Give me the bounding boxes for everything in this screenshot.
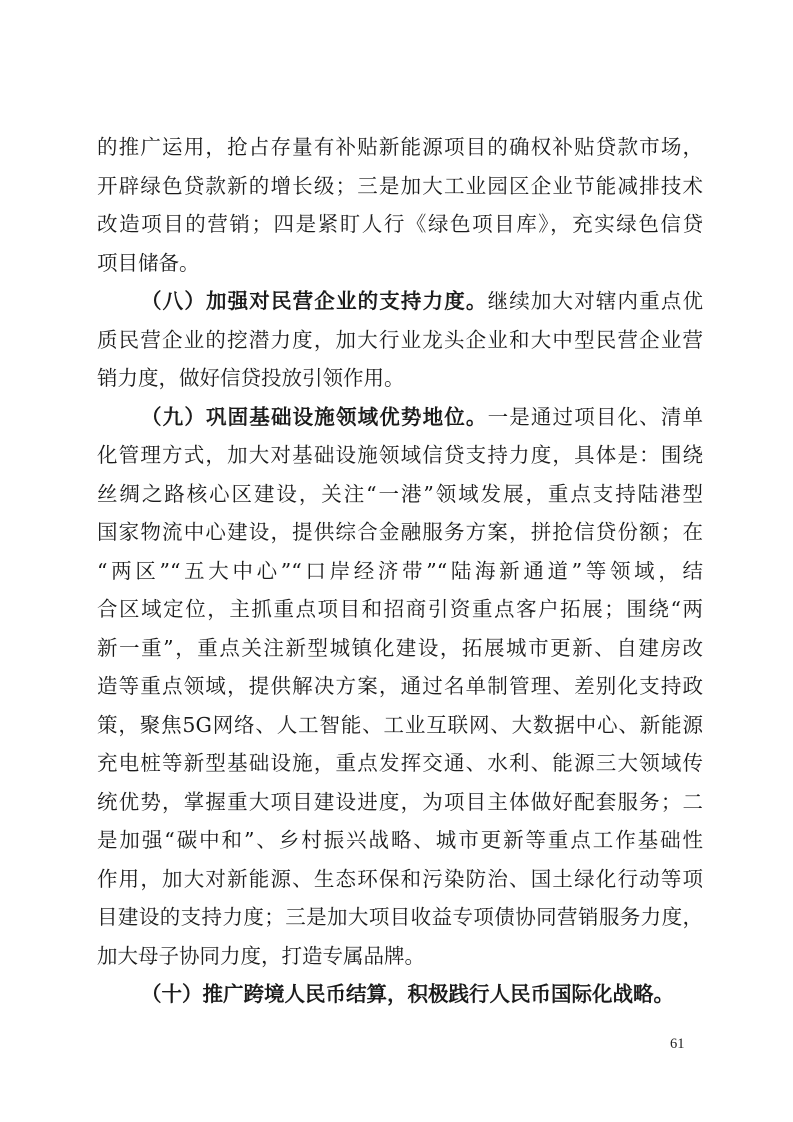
body-text: 项目储备。 [97, 251, 200, 275]
text-line: （八）加强对民营企业的支持力度。继续加大对辖内重点优 [97, 282, 703, 321]
paragraph-9: （九）巩固基础设施领域优势地位。一是通过项目化、清单 化管理方式，加大对基础设施… [97, 398, 703, 976]
text-line: （十）推广跨境人民币结算，积极践行人民币国际化战略。 [97, 975, 703, 1014]
body-text: 国家物流中心建设，提供综合金融服务方案，拼抢信贷份额；在 [97, 520, 703, 544]
paragraph-7-continuation: 的推广运用，抢占存量有补贴新能源项目的确权补贴贷款市场， 开辟绿色贷款新的增长级… [97, 128, 703, 282]
text-line: 合区域定位，主抓重点项目和招商引资重点客户拓展；围绕“两 [97, 590, 703, 629]
body-text: 一是通过项目化、清单 [488, 405, 703, 429]
body-text: 目建设的支持力度；三是加大项目收益专项债协同营销服务力度， [97, 905, 703, 929]
text-line: 造等重点领域，提供解决方案，通过名单制管理、差别化支持政 [97, 667, 703, 706]
body-text: 丝绸之路核心区建设，关注“一港”领域发展，重点支持陆港型 [97, 482, 703, 506]
text-line: 项目储备。 [97, 244, 703, 283]
paragraph-10: （十）推广跨境人民币结算，积极践行人民币国际化战略。 [97, 975, 703, 1014]
text-line: 统优势，掌握重大项目建设进度，为项目主体做好配套服务；二 [97, 783, 703, 822]
body-text: 策，聚焦5G网络、人工智能、工业互联网、大数据中心、新能源 [97, 713, 703, 737]
document-page: 的推广运用，抢占存量有补贴新能源项目的确权补贴贷款市场， 开辟绿色贷款新的增长级… [0, 0, 793, 1122]
body-text: 统优势，掌握重大项目建设进度，为项目主体做好配套服务；二 [97, 790, 703, 814]
text-line: 质民营企业的挖潜力度，加大行业龙头企业和大中型民营企业营 [97, 321, 703, 360]
body-text: 化管理方式，加大对基础设施领域信贷支持力度，具体是：围绕 [97, 443, 703, 467]
body-text: “两区”“五大中心”“口岸经济带”“陆海新通道”等领域，结 [97, 559, 703, 583]
body-text: 是加强“碳中和”、乡村振兴战略、城市更新等重点工作基础性 [97, 828, 703, 852]
body-text: 造等重点领域，提供解决方案，通过名单制管理、差别化支持政 [97, 674, 703, 698]
document-body: 的推广运用，抢占存量有补贴新能源项目的确权补贴贷款市场， 开辟绿色贷款新的增长级… [97, 128, 703, 1014]
body-text: 销力度，做好信贷投放引领作用。 [97, 366, 405, 390]
text-line: 充电桩等新型基础设施，重点发挥交通、水利、能源三大领域传 [97, 744, 703, 783]
text-line: （九）巩固基础设施领域优势地位。一是通过项目化、清单 [97, 398, 703, 437]
body-text: 作用，加大对新能源、生态环保和污染防治、国土绿化行动等项 [97, 867, 703, 891]
body-text: 充电桩等新型基础设施，重点发挥交通、水利、能源三大领域传 [97, 751, 703, 775]
body-text: 新一重”，重点关注新型城镇化建设，拓展城市更新、自建房改 [97, 636, 703, 660]
text-line: 目建设的支持力度；三是加大项目收益专项债协同营销服务力度， [97, 898, 703, 937]
text-line: 加大母子协同力度，打造专属品牌。 [97, 937, 703, 976]
body-text: 加大母子协同力度，打造专属品牌。 [97, 944, 425, 968]
text-line: 新一重”，重点关注新型城镇化建设，拓展城市更新、自建房改 [97, 629, 703, 668]
body-text: 的推广运用，抢占存量有补贴新能源项目的确权补贴贷款市场， [97, 135, 703, 159]
text-line: “两区”“五大中心”“口岸经济带”“陆海新通道”等领域，结 [97, 552, 703, 591]
section-heading: （九）巩固基础设施领域优势地位。 [141, 405, 488, 429]
body-text: 改造项目的营销；四是紧盯人行《绿色项目库》，充实绿色信贷 [97, 212, 703, 236]
text-line: 策，聚焦5G网络、人工智能、工业互联网、大数据中心、新能源 [97, 706, 703, 745]
text-line: 销力度，做好信贷投放引领作用。 [97, 359, 703, 398]
body-text: 开辟绿色贷款新的增长级；三是加大工业园区企业节能减排技术 [97, 174, 703, 198]
section-heading: （八）加强对民营企业的支持力度。 [141, 289, 488, 313]
body-text: 质民营企业的挖潜力度，加大行业龙头企业和大中型民营企业营 [97, 328, 703, 352]
text-line: 的推广运用，抢占存量有补贴新能源项目的确权补贴贷款市场， [97, 128, 703, 167]
body-text: 合区域定位，主抓重点项目和招商引资重点客户拓展；围绕“两 [97, 597, 703, 621]
paragraph-8: （八）加强对民营企业的支持力度。继续加大对辖内重点优 质民营企业的挖潜力度，加大… [97, 282, 703, 398]
text-line: 开辟绿色贷款新的增长级；三是加大工业园区企业节能减排技术 [97, 167, 703, 206]
page-number: 61 [670, 1036, 685, 1053]
body-text: 继续加大对辖内重点优 [488, 289, 703, 313]
text-line: 丝绸之路核心区建设，关注“一港”领域发展，重点支持陆港型 [97, 475, 703, 514]
text-line: 是加强“碳中和”、乡村振兴战略、城市更新等重点工作基础性 [97, 821, 703, 860]
text-line: 国家物流中心建设，提供综合金融服务方案，拼抢信贷份额；在 [97, 513, 703, 552]
text-line: 化管理方式，加大对基础设施领域信贷支持力度，具体是：围绕 [97, 436, 703, 475]
text-line: 改造项目的营销；四是紧盯人行《绿色项目库》，充实绿色信贷 [97, 205, 703, 244]
text-line: 作用，加大对新能源、生态环保和污染防治、国土绿化行动等项 [97, 860, 703, 899]
section-heading: （十）推广跨境人民币结算，积极践行人民币国际化战略。 [141, 982, 674, 1006]
